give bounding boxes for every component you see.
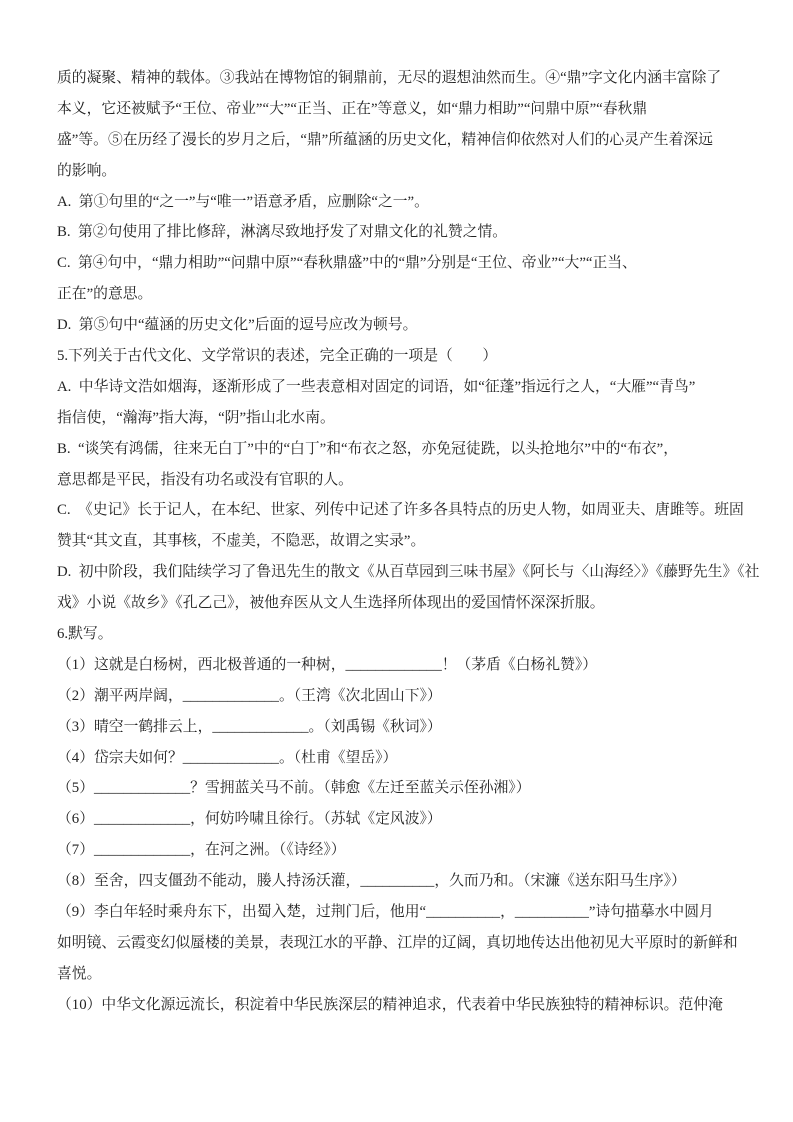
- q4-option-b: B. 第②句使用了排比修辞，淋漓尽致地抒发了对鼎文化的礼赞之情。: [57, 217, 759, 248]
- q6-item-5: （5）_____________？雪拥蓝关马不前。（韩愈《左迁至蓝关示侄孙湘》）: [57, 773, 759, 804]
- q6-item-9-line-2: 如明镜、云霞变幻似蜃楼的美景，表现江水的平静、江岸的辽阔，真切地传达出他初见大平…: [57, 928, 759, 959]
- q5-option-c-line-1: C. 《史记》长于记人，在本纪、世家、列传中记述了许多各具特点的历史人物，如周亚…: [57, 495, 759, 526]
- q5-option-d-line-2: 戏》小说《故乡》《孔乙己》，被他弃医从文人生选择所体现出的爱国情怀深深折服。: [57, 588, 759, 619]
- q4-option-c-line-2: 正在”的意思。: [57, 279, 759, 310]
- q5-stem: 5.下列关于古代文化、文学常识的表述，完全正确的一项是（ ）: [57, 341, 759, 372]
- q6-item-8: （8）至舍，四支僵劲不能动，媵人持汤沃灌，__________，久而乃和。（宋濂…: [57, 866, 759, 897]
- q5-option-d-line-1: D. 初中阶段，我们陆续学习了鲁迅先生的散文《从百草园到三味书屋》《阿长与〈山海…: [57, 557, 759, 588]
- q4-options: A. 第①句里的“之一”与“唯一”语意矛盾，应删除“之一”。 B. 第②句使用了…: [57, 187, 759, 341]
- q5-option-a-line-2: 指信使，“瀚海”指大海，“阴”指山北水南。: [57, 403, 759, 434]
- q4-option-a: A. 第①句里的“之一”与“唯一”语意矛盾，应删除“之一”。: [57, 187, 759, 218]
- q4-passage-line-2: 本义，它还被赋予“王位、帝业”“大”“正当、正在”等意义，如“鼎力相助”“问鼎中…: [57, 94, 759, 125]
- q4-passage-line-4: 的影响。: [57, 156, 759, 187]
- q4-option-c-line-1: C. 第④句中，“鼎力相助”“问鼎中原”“春秋鼎盛”中的“鼎”分别是“王位、帝业…: [57, 248, 759, 279]
- q6-item-2: （2）潮平两岸阔，_____________。（王湾《次北固山下》）: [57, 681, 759, 712]
- q5-option-b-line-1: B. “谈笑有鸿儒，往来无白丁”中的“白丁”和“布衣之怒，亦免冠徒跣，以头抢地尔…: [57, 434, 759, 465]
- q4-passage-line-1: 质的凝聚、精神的载体。③我站在博物馆的铜鼎前，无尽的遐想油然而生。④“鼎”字文化…: [57, 63, 759, 94]
- q6-item-1: （1）这就是白杨树，西北极普通的一种树，_____________！（茅盾《白杨…: [57, 650, 759, 681]
- q6-item-4: （4）岱宗夫如何？_____________。（杜甫《望岳》）: [57, 743, 759, 774]
- q5-option-b-line-2: 意思都是平民，指没有功名或没有官职的人。: [57, 465, 759, 496]
- q4-passage-line-3: 盛”等。⑤在历经了漫长的岁月之后，“鼎”所蕴涵的历史文化，精神信仰依然对人们的心…: [57, 125, 759, 156]
- q6-item-9-line-3: 喜悦。: [57, 959, 759, 990]
- q6-item-3: （3）晴空一鹤排云上，_____________。（刘禹锡《秋词》）: [57, 712, 759, 743]
- q6-item-10: （10）中华文化源远流长，积淀着中华民族深层的精神追求，代表着中华民族独特的精神…: [57, 990, 759, 1021]
- exam-document-page: 质的凝聚、精神的载体。③我站在博物馆的铜鼎前，无尽的遐想油然而生。④“鼎”字文化…: [0, 0, 793, 1122]
- q6-heading: 6.默写。: [57, 619, 759, 650]
- q6-item-7: （7）_____________，在河之洲。（《诗经》）: [57, 835, 759, 866]
- q6-item-9-line-1: （9）李白年轻时乘舟东下，出蜀入楚，过荆门后，他用“__________，___…: [57, 897, 759, 928]
- q5-option-c-line-2: 赞其“其文直，其事核，不虚美，不隐恶，故谓之实录”。: [57, 526, 759, 557]
- q4-option-d: D. 第⑤句中“蕴涵的历史文化”后面的逗号应改为顿号。: [57, 310, 759, 341]
- q4-passage-continuation: 质的凝聚、精神的载体。③我站在博物馆的铜鼎前，无尽的遐想油然而生。④“鼎”字文化…: [57, 63, 759, 187]
- q6-item-6: （6）_____________，何妨吟啸且徐行。（苏轼《定风波》）: [57, 804, 759, 835]
- q6-dictation: 6.默写。 （1）这就是白杨树，西北极普通的一种树，_____________！…: [57, 619, 759, 1021]
- q5-question: 5.下列关于古代文化、文学常识的表述，完全正确的一项是（ ） A. 中华诗文浩如…: [57, 341, 759, 619]
- q5-option-a-line-1: A. 中华诗文浩如烟海，逐渐形成了一些表意相对固定的词语，如“征蓬”指远行之人，…: [57, 372, 759, 403]
